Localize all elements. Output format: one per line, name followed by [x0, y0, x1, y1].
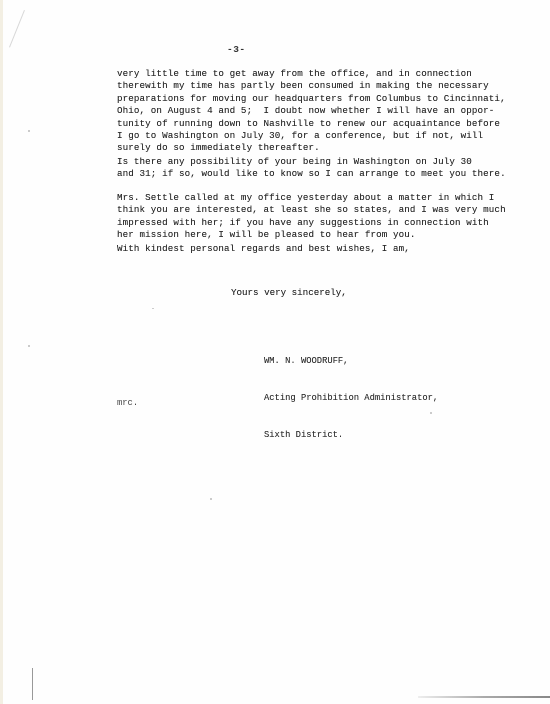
paragraph-4: With kindest personal regards and best w… — [117, 243, 410, 255]
text-line: therewith my time has partly been consum… — [117, 80, 506, 92]
signature-title: Acting Prohibition Administrator, — [264, 392, 438, 404]
closing: Yours very sincerely, — [231, 287, 347, 298]
ink-speck — [430, 412, 432, 414]
ink-speck — [28, 130, 30, 132]
paragraph-3: Mrs. Settle called at my office yesterda… — [117, 192, 506, 242]
typist-initials: mrc. — [117, 398, 138, 408]
page-edge — [0, 0, 3, 704]
paper-mark — [9, 10, 25, 47]
paragraph-1: very little time to get away from the of… — [117, 68, 506, 155]
text-line: Ohio, on August 4 and 5; I doubt now whe… — [117, 105, 506, 117]
document-page: -3- very little time to get away from th… — [0, 0, 550, 704]
text-line: and 31; if so, would like to know so I c… — [117, 168, 506, 180]
text-line: think you are interested, at least she s… — [117, 204, 506, 216]
text-line: Is there any possibility of your being i… — [117, 156, 506, 168]
text-line: her mission here, I will be pleased to h… — [117, 229, 506, 241]
paragraph-2: Is there any possibility of your being i… — [117, 156, 506, 181]
text-line: tunity of running down to Nashville to r… — [117, 118, 506, 130]
text-line: Mrs. Settle called at my office yesterda… — [117, 192, 506, 204]
text-line: impressed with her; if you have any sugg… — [117, 217, 506, 229]
signature-block: WM. N. WOODRUFF, Acting Prohibition Admi… — [264, 331, 438, 465]
scan-edge — [418, 696, 550, 698]
text-line: preparations for moving our headquarters… — [117, 93, 506, 105]
page-number: -3- — [227, 44, 246, 55]
signature-district: Sixth District. — [264, 429, 438, 441]
signature-name: WM. N. WOODRUFF, — [264, 355, 438, 367]
text-line: very little time to get away from the of… — [117, 68, 506, 80]
text-line: surely do so immediately thereafter. — [117, 142, 506, 154]
ink-speck — [210, 498, 212, 500]
ink-speck — [28, 345, 30, 347]
paper-mark — [32, 668, 33, 700]
ink-speck — [152, 308, 154, 309]
text-line: I go to Washington on July 30, for a con… — [117, 130, 506, 142]
text-line: With kindest personal regards and best w… — [117, 243, 410, 255]
ink-speck — [205, 85, 207, 87]
